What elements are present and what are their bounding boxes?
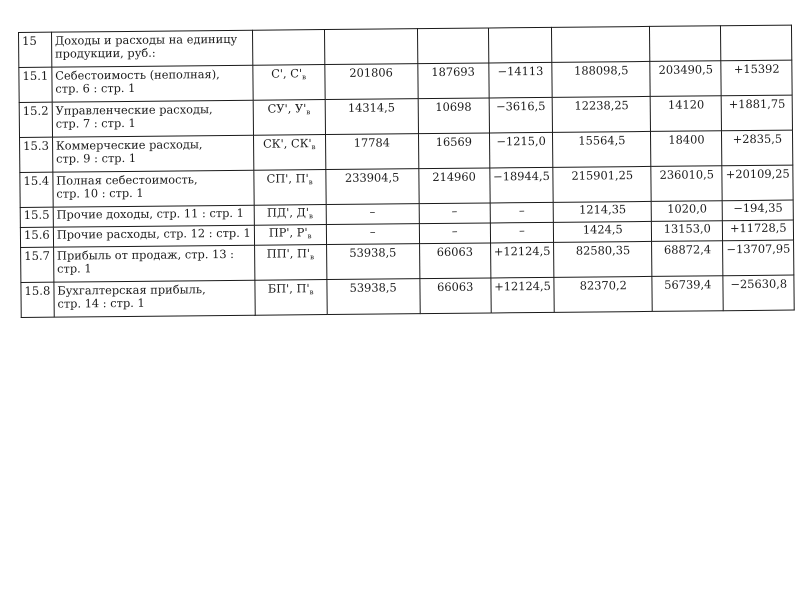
row-number: 15 [19, 32, 52, 67]
value-cell: – [419, 203, 490, 224]
value-cell: −1215,0 [489, 132, 553, 168]
symbol-subscript: в [310, 288, 314, 296]
value-cell: 14314,5 [325, 99, 418, 135]
row-symbol: ПР', Р'в [254, 225, 326, 246]
symbol-text: СУ', У' [268, 101, 307, 115]
value-cell: 15564,5 [553, 131, 651, 167]
row-label-line2: стр. 7 : стр. 1 [56, 116, 250, 131]
symbol-subscript: в [308, 232, 312, 240]
value-cell: 53938,5 [326, 244, 419, 280]
row-number: 15.6 [20, 227, 53, 247]
value-cell: 14120 [651, 96, 722, 132]
row-symbol: С', С'в [253, 65, 325, 101]
row-number: 15.7 [21, 247, 54, 282]
value-cell: 13153,0 [652, 221, 723, 242]
row-label: Бухгалтерская прибыль, стр. 14 : стр. 1 [54, 280, 255, 317]
value-cell: 214960 [419, 168, 490, 204]
value-cell: 56739,4 [652, 276, 723, 312]
row-number: 15.1 [19, 67, 52, 102]
value-cell: 187693 [418, 63, 489, 99]
symbol-subscript: в [306, 108, 310, 116]
row-label: Прибыль от продаж, стр. 13 : стр. 1 [53, 245, 254, 282]
value-cell: 82580,35 [554, 241, 652, 277]
value-cell: −14113 [489, 62, 553, 98]
empty-cell [252, 30, 324, 66]
row-symbol: СУ', У'в [253, 100, 325, 136]
value-cell: 18400 [651, 131, 722, 167]
empty-cell [324, 29, 417, 65]
value-cell: 16569 [418, 133, 489, 169]
value-cell: +1881,75 [722, 95, 793, 131]
symbol-subscript: в [310, 253, 314, 261]
row-number: 15.4 [20, 172, 53, 207]
row-label: Прочие расходы, стр. 12 : стр. 1 [53, 225, 254, 247]
symbol-text: БП', П' [268, 281, 310, 295]
row-symbol: БП', П'в [255, 280, 327, 316]
value-cell: −25630,8 [723, 275, 794, 311]
unit-income-expense-table: 15 Доходы и расходы на единицу продукции… [18, 25, 795, 318]
empty-cell [488, 27, 552, 63]
value-cell: −194,35 [723, 200, 794, 221]
row-number: 15.3 [20, 137, 53, 172]
value-cell: 66063 [419, 243, 490, 279]
value-cell: −3616,5 [489, 97, 553, 133]
value-cell: 17784 [325, 134, 418, 170]
value-cell: 236010,5 [651, 166, 722, 202]
row-symbol: ПП', П'в [254, 245, 326, 281]
row-symbol: СК', СК'в [253, 135, 325, 171]
value-cell: 12238,25 [553, 96, 651, 132]
row-number: 15.8 [21, 282, 54, 317]
value-cell: – [490, 202, 554, 223]
scanned-page: 15 Доходы и расходы на единицу продукции… [18, 25, 795, 318]
value-cell: – [326, 224, 419, 245]
empty-cell [417, 28, 488, 64]
row-number: 15.5 [20, 207, 53, 227]
row-label: Управленческие расходы, стр. 7 : стр. 1 [52, 100, 253, 137]
value-cell: 1020,0 [652, 201, 723, 222]
symbol-subscript: в [309, 212, 313, 220]
symbol-text: С', С' [271, 66, 302, 80]
row-label-line1: Прочие расходы, стр. 12 : стр. 1 [57, 227, 251, 242]
empty-cell [552, 26, 650, 62]
row-label: Доходы и расходы на единицу продукции, р… [51, 30, 252, 67]
symbol-text: СП', П' [267, 171, 309, 185]
value-cell: 188098,5 [552, 61, 650, 97]
value-cell: 10698 [418, 98, 489, 134]
value-cell: – [326, 204, 419, 225]
table-row: 15.8 Бухгалтерская прибыль, стр. 14 : ст… [21, 275, 795, 317]
value-cell: 66063 [420, 278, 491, 314]
symbol-subscript: в [302, 73, 306, 81]
value-cell: +15392 [721, 60, 792, 96]
value-cell: 82370,2 [554, 276, 652, 312]
row-label-line2: стр. 1 [57, 261, 251, 276]
row-label-line1: Прочие доходы, стр. 11 : стр. 1 [57, 207, 251, 222]
value-cell: −18944,5 [490, 167, 554, 203]
value-cell: 1214,35 [554, 201, 652, 222]
symbol-subscript: в [309, 178, 313, 186]
value-cell: +11728,5 [723, 220, 794, 241]
value-cell: −13707,95 [723, 240, 794, 276]
symbol-text: ПД', Д' [267, 205, 309, 219]
value-cell: +2835,5 [722, 130, 793, 166]
value-cell: – [419, 223, 490, 244]
row-label: Прочие доходы, стр. 11 : стр. 1 [53, 205, 254, 227]
row-label-line2: стр. 9 : стр. 1 [56, 151, 250, 166]
value-cell: 215901,25 [553, 166, 651, 202]
value-cell: 1424,5 [554, 221, 652, 242]
symbol-text: ПР', Р' [269, 225, 308, 239]
row-label: Себестоимость (неполная), стр. 6 : стр. … [52, 65, 253, 102]
row-label-line2: продукции, руб.: [55, 46, 249, 61]
value-cell: 203490,5 [650, 61, 721, 97]
value-cell: 233904,5 [326, 169, 419, 205]
value-cell: 201806 [325, 64, 418, 100]
value-cell: 53938,5 [327, 279, 420, 315]
row-label: Коммерческие расходы, стр. 9 : стр. 1 [52, 135, 253, 172]
empty-cell [650, 26, 721, 62]
symbol-subscript: в [312, 143, 316, 151]
value-cell: +12124,5 [490, 242, 554, 278]
symbol-text: СК', СК' [263, 136, 312, 150]
row-label-line2: стр. 10 : стр. 1 [56, 186, 250, 201]
symbol-text: ПП', П' [267, 246, 310, 260]
row-label-line2: стр. 14 : стр. 1 [57, 296, 251, 311]
row-label-line2: стр. 6 : стр. 1 [55, 81, 249, 96]
value-cell: – [490, 222, 554, 243]
row-label: Полная себестоимость, стр. 10 : стр. 1 [53, 170, 254, 207]
row-number: 15.2 [19, 102, 52, 137]
value-cell: +12124,5 [491, 277, 555, 313]
empty-cell [721, 25, 792, 61]
row-symbol: СП', П'в [254, 170, 326, 206]
value-cell: +20109,25 [722, 165, 793, 201]
value-cell: 68872,4 [652, 241, 723, 277]
row-symbol: ПД', Д'в [254, 205, 326, 226]
